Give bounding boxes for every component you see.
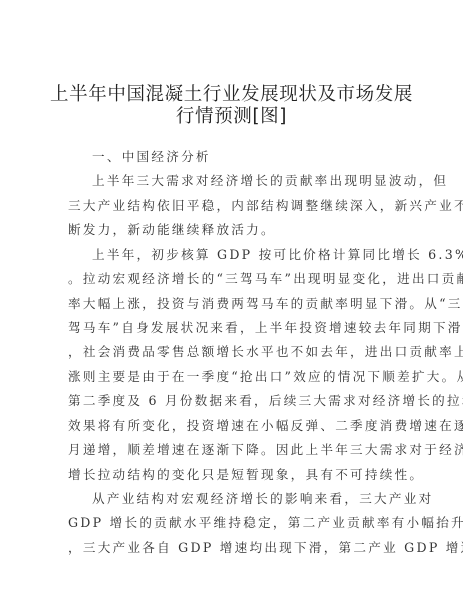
body-line: 上半年，初步核算 GDP 按可比价格计算同比增长 6.3% — [92, 247, 422, 263]
body-line: 效果将有所变化，投资增速在小幅反弹、二季度消费增速在逐 — [68, 418, 398, 434]
body-line: 第二季度及 6 月份数据来看，后续三大需求对经济增长的拉动 — [68, 393, 398, 409]
body-line: 增长拉动结构的变化只是短暂现象，具有不可持续性。 — [68, 467, 398, 483]
body-line: GDP 增长的贡献水平维持稳定，第二产业贡献率有小幅抬升 — [68, 515, 398, 531]
document-title-line-1: 上半年中国混凝土行业发展现状及市场发展 — [0, 84, 463, 106]
section-heading: 一、中国经济分析 — [92, 149, 422, 165]
body-line: 从产业结构对宏观经济增长的影响来看，三大产业对 — [92, 491, 422, 507]
document-page: 上半年中国混凝土行业发展现状及市场发展 行情预测[图] 一、中国经济分析 上半年… — [0, 0, 463, 600]
body-line: 断发力，新动能继续释放活力。 — [68, 222, 398, 238]
document-title-line-2: 行情预测[图] — [0, 106, 463, 128]
body-line: 三大产业结构依旧平稳，内部结构调整继续深入，新兴产业不 — [68, 198, 398, 214]
body-line: 驾马车”自身发展状况来看，上半年投资增速较去年同期下滑 — [68, 320, 398, 336]
body-line: 率大幅上涨，投资与消费两驾马车的贡献率明显下滑。从“三 — [68, 296, 398, 312]
body-line: 。拉动宏观经济增长的“三驾马车”出现明显变化，进出口贡献 — [68, 271, 398, 287]
body-line: ，三大产业各自 GDP 增速均出现下滑，第二产业 GDP 增速下 — [68, 540, 398, 556]
body-line: 月递增，顺差增速在逐渐下降。因此上半年三大需求对于经济 — [68, 442, 398, 458]
body-line: ，社会消费品零售总额增长水平也不如去年，进出口贡献率上 — [68, 344, 398, 360]
body-line: 上半年三大需求对经济增长的贡献率出现明显波动，但 — [92, 173, 422, 189]
body-line: 涨则主要是由于在一季度“抢出口”效应的情况下顺差扩大。从 — [68, 369, 398, 385]
